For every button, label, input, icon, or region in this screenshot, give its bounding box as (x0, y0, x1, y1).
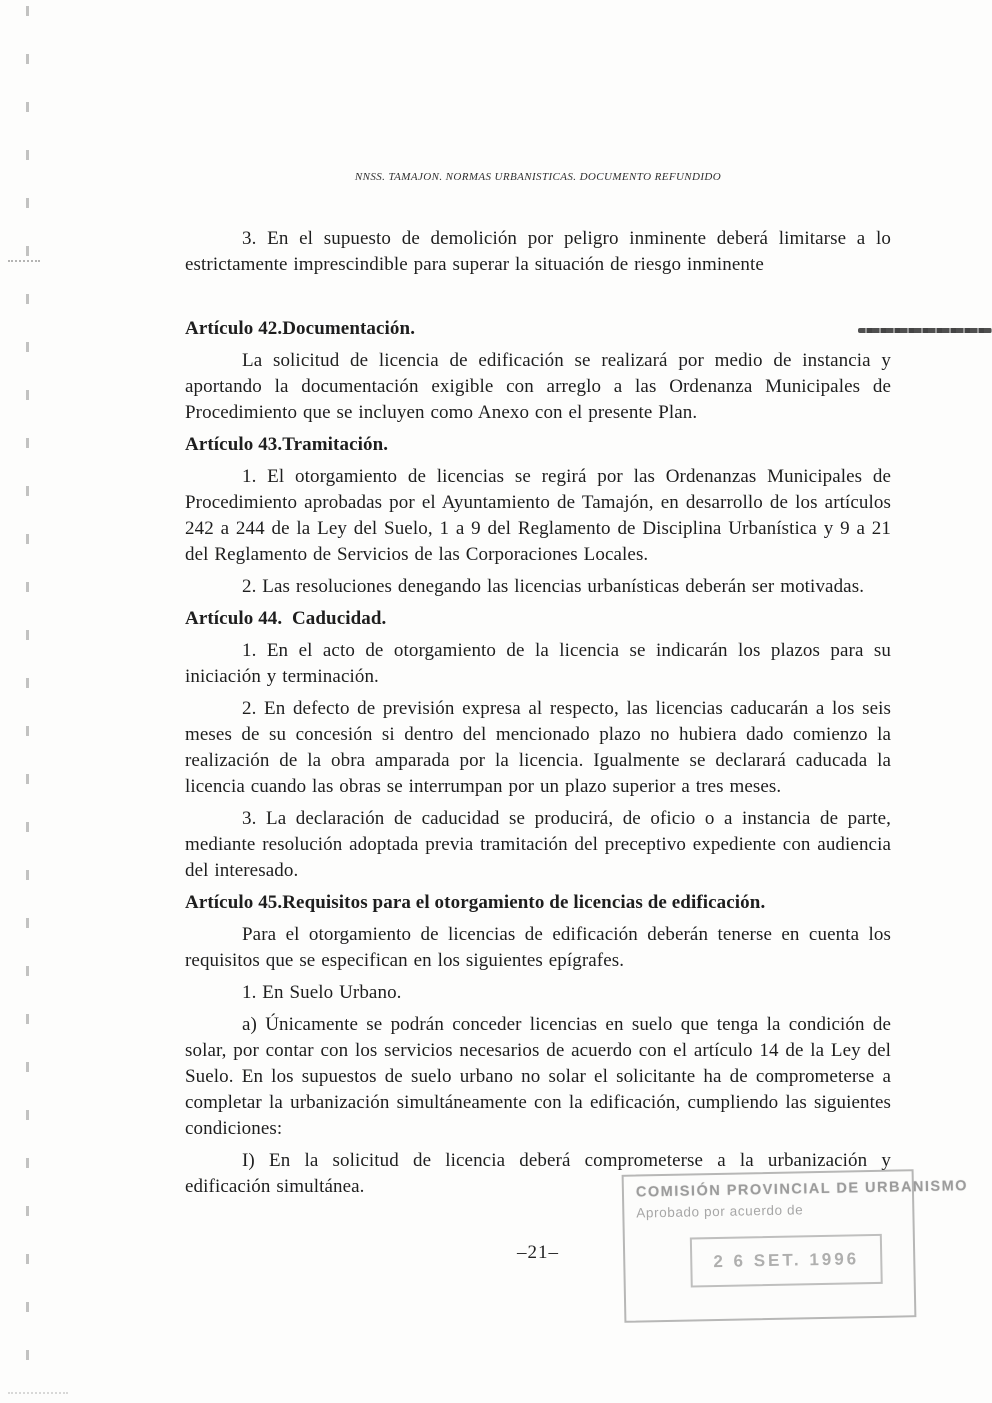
article-45-heading: Artículo 45.Requisitos para el otorgamie… (185, 890, 891, 916)
scanned-document-page: NNSS. TAMAJON. NORMAS URBANISTICAS. DOCU… (0, 0, 992, 1403)
article-44-paragraph-1: 1. En el acto de otorgamiento de la lice… (185, 638, 891, 690)
paragraph-demolicion: 3. En el supuesto de demolición por peli… (185, 226, 891, 278)
stamp-subtitle: Aprobado por acuerdo de (636, 1200, 902, 1221)
article-42-paragraph: La solicitud de licencia de edificación … (185, 348, 891, 426)
article-45-item-a: a) Únicamente se podrán conceder licenci… (185, 1012, 891, 1142)
article-45-paragraph-intro: Para el otorgamiento de licencias de edi… (185, 922, 891, 974)
running-title: NNSS. TAMAJON. NORMAS URBANISTICAS. DOCU… (185, 170, 891, 184)
article-42-heading: Artículo 42.Documentación. (185, 316, 891, 342)
scan-artifact-dots-bottom (8, 1392, 68, 1394)
article-44-paragraph-2: 2. En defecto de previsión expresa al re… (185, 696, 891, 800)
page-number: –21– (185, 1242, 891, 1264)
scan-artifact-dots (8, 260, 40, 262)
left-margin-binding-marks (26, 6, 29, 1398)
article-44-paragraph-3: 3. La declaración de caducidad se produc… (185, 806, 891, 884)
stamp-title: COMISIÓN PROVINCIAL DE URBANISMO (636, 1179, 902, 1201)
article-43-paragraph-2: 2. Las resoluciones denegando las licenc… (185, 574, 891, 600)
article-43-paragraph-1: 1. El otorgamiento de licencias se regir… (185, 464, 891, 568)
document-body: NNSS. TAMAJON. NORMAS URBANISTICAS. DOCU… (185, 170, 891, 1206)
article-43-heading: Artículo 43.Tramitación. (185, 432, 891, 458)
article-45-item-suelo-urbano: 1. En Suelo Urbano. (185, 980, 891, 1006)
article-44-heading: Artículo 44. Caducidad. (185, 606, 891, 632)
